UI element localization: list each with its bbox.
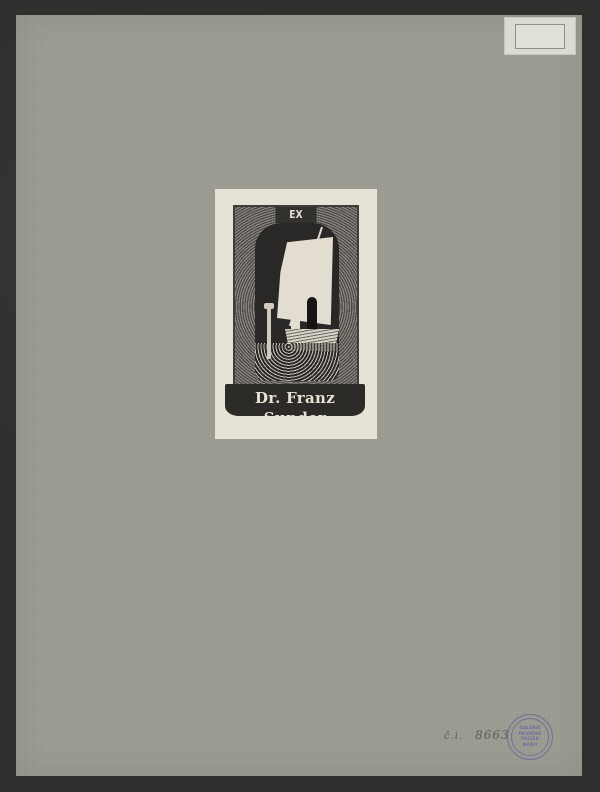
owner-name: Dr. Franz Sunder — [225, 388, 365, 428]
light-figure — [291, 295, 300, 331]
bookplate: EX LIBRIS Dr. Franz Sunder — [215, 189, 377, 439]
inventory-number: 8663 — [475, 728, 510, 742]
stamp-inner-ring — [511, 718, 549, 756]
ship-scene — [255, 223, 339, 381]
inventory-prefix: č.i. — [444, 731, 463, 742]
bookplate-header: EX LIBRIS — [276, 207, 317, 223]
bookplate-engraving: EX LIBRIS — [233, 205, 359, 390]
owner-banner: Dr. Franz Sunder — [225, 384, 365, 416]
catalog-label-box — [504, 17, 576, 55]
inventory-annotation: č.i.8663 — [444, 728, 510, 742]
dark-figure — [307, 297, 317, 331]
catalog-label-field — [515, 24, 565, 49]
mooring-post — [267, 307, 271, 359]
museum-stamp: GALERIE PRVNÍHO MUZEA BRNO — [507, 714, 553, 760]
